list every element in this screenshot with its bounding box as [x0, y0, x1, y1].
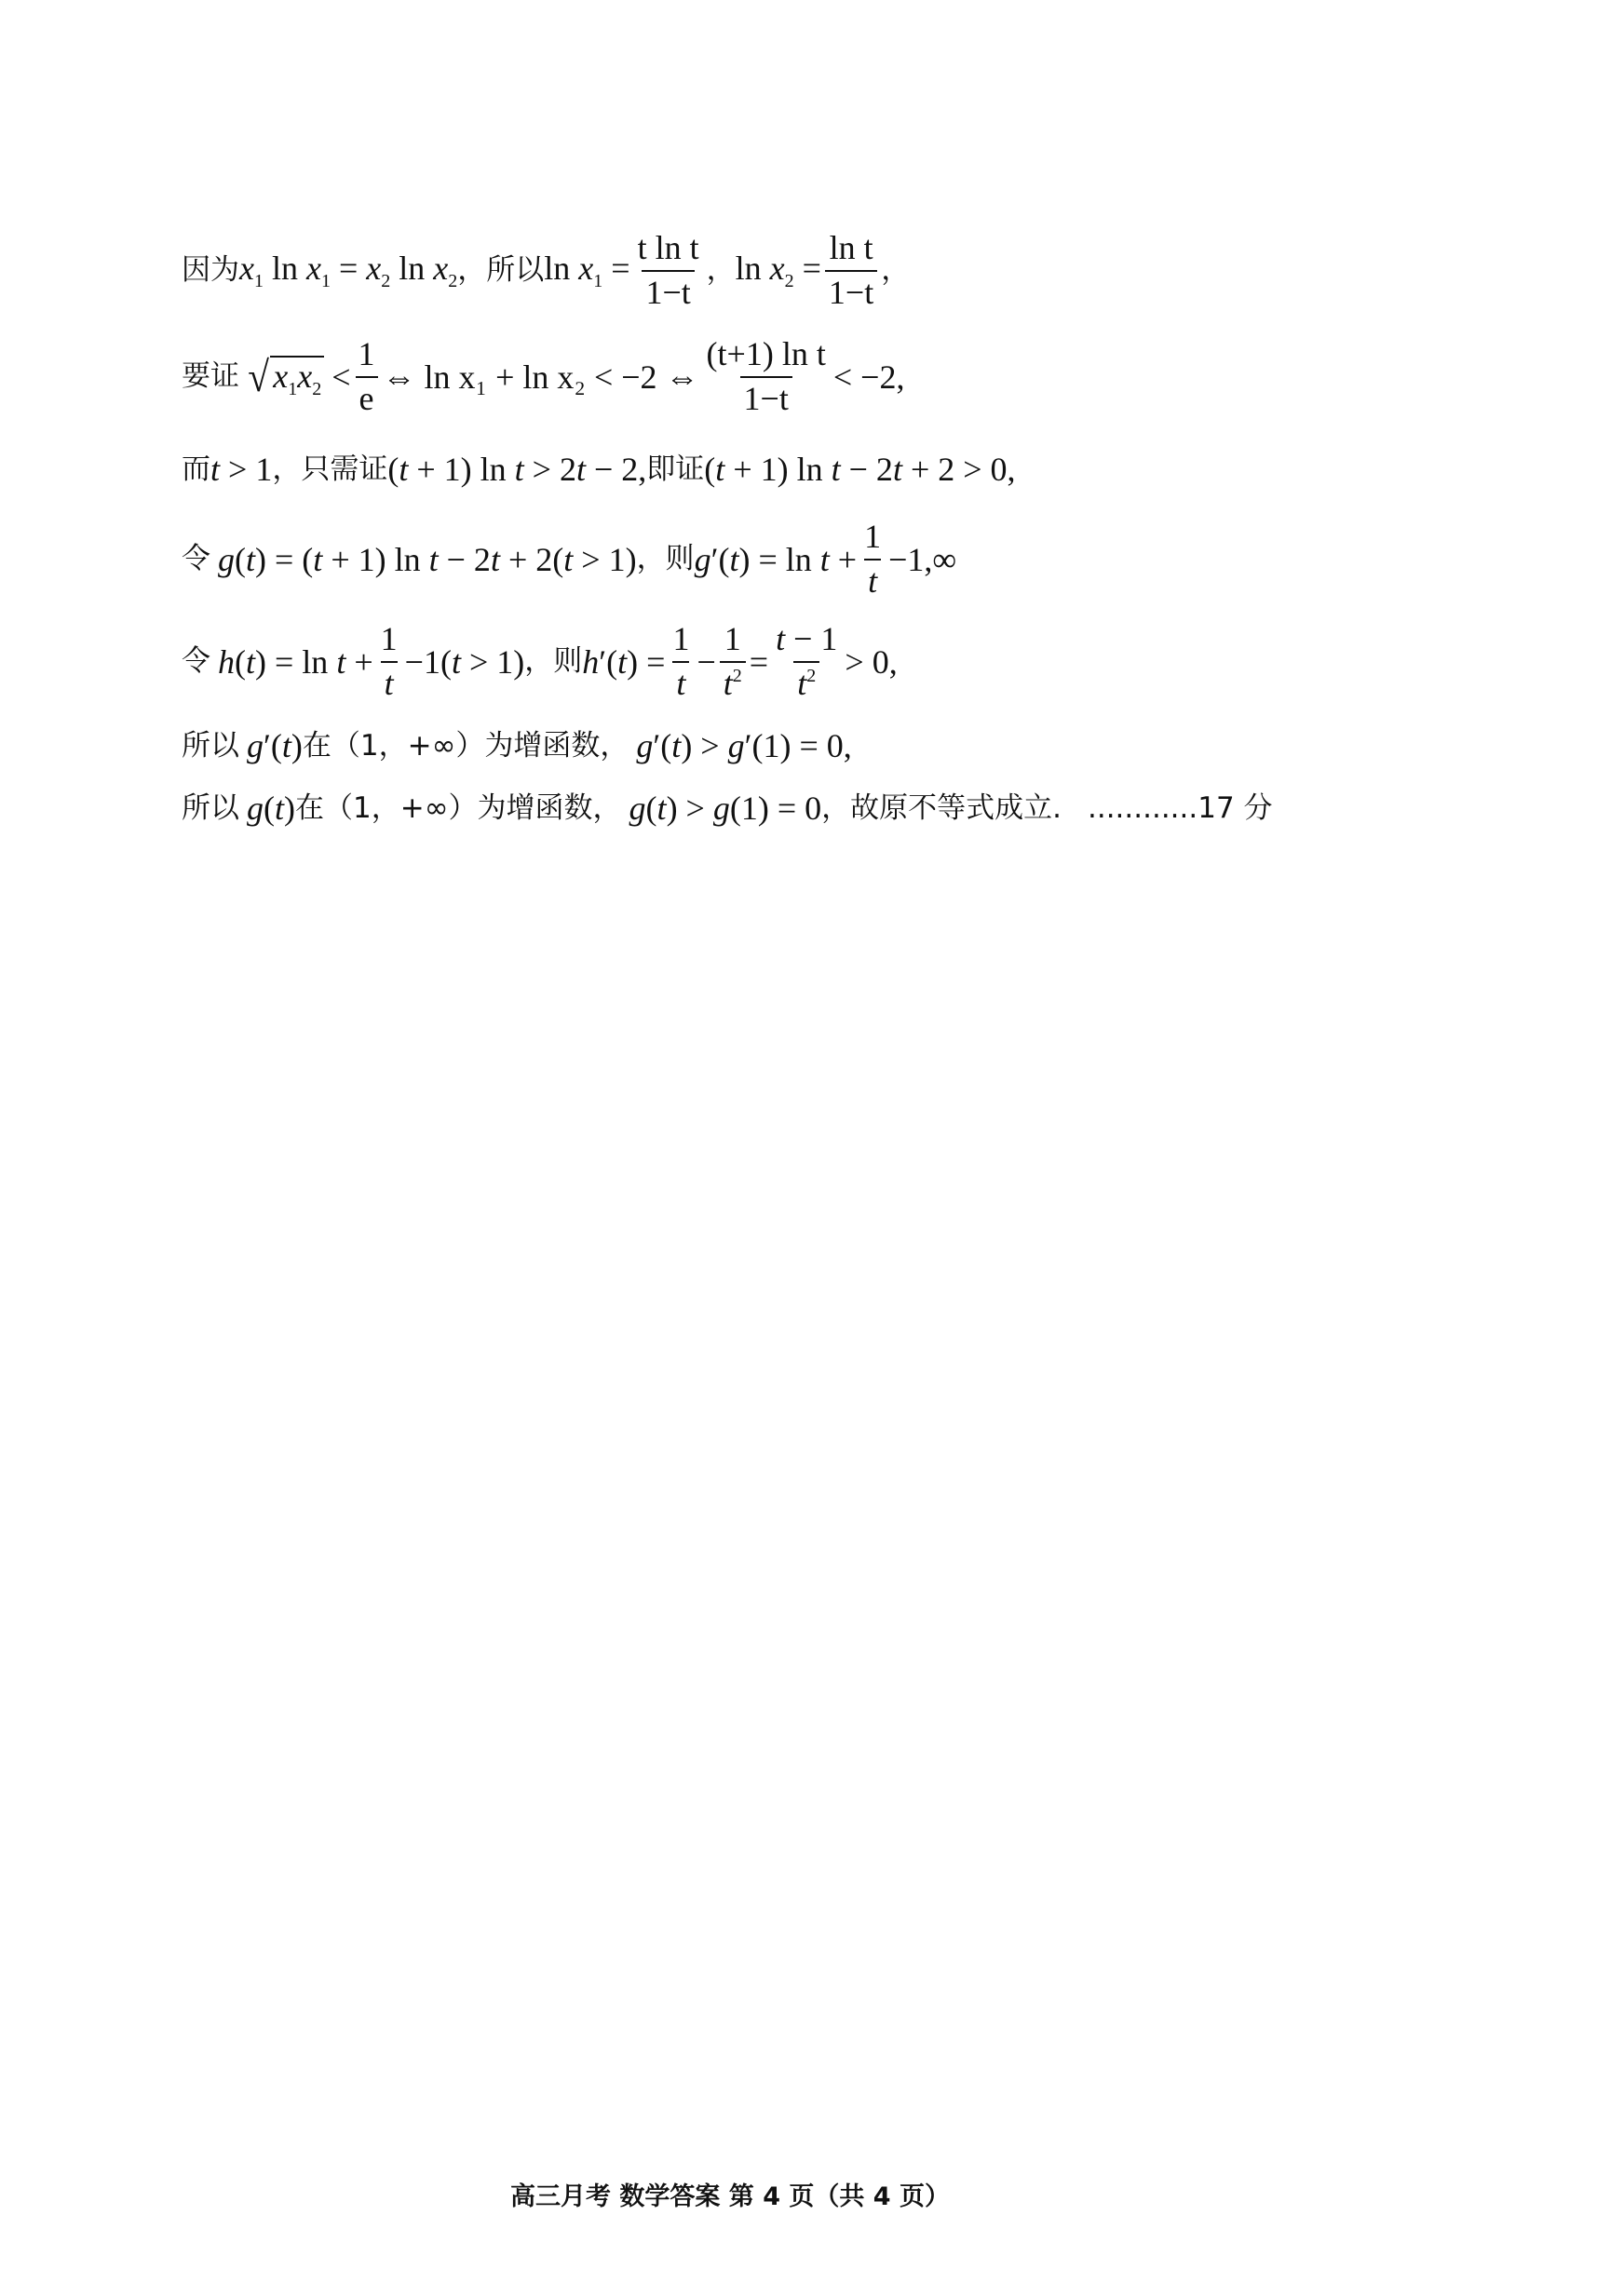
square-root: √ x1x2 — [247, 356, 324, 398]
document-page: 因为 x1 ln x1 = x2 ln x2 ，所以 ln x1 = t ln … — [0, 0, 1610, 2296]
solution-line-6: 所以 g′(t) 在（1，+∞）为增函数， g′(t) > g′(1) = 0, — [182, 729, 852, 763]
denominator: 1−t — [740, 376, 792, 417]
solution-line-3: 而 t > 1 ，只需证 (t + 1) ln t > 2t − 2, 即证 (… — [182, 452, 1016, 486]
fraction: 1 t — [669, 622, 693, 702]
text: 所以 — [182, 732, 239, 761]
math-expression: < — [331, 360, 350, 394]
radicand: x1x2 — [270, 356, 324, 398]
math-expression: −1,∞ — [888, 543, 956, 576]
math-expression: (t + 1) ln t − 2t + 2 > 0, — [704, 452, 1015, 486]
fraction: t ln t 1−t — [634, 231, 703, 311]
denominator: t — [672, 661, 689, 702]
numerator: 1 — [377, 622, 401, 661]
math-expression: t > 1 — [210, 452, 272, 486]
text: ，只需证 — [272, 455, 387, 484]
text: ，则 — [524, 647, 582, 676]
math-expression: g′(t) = ln t + — [695, 543, 858, 576]
text: 所以 — [182, 794, 239, 823]
numerator: t − 1 — [772, 622, 841, 661]
fraction: 1 t — [377, 622, 401, 702]
denominator: e — [356, 376, 378, 417]
math-expression: < −2, — [833, 360, 905, 394]
denominator: 1−t — [825, 270, 877, 311]
math-expression: − — [697, 645, 715, 679]
text: ，故原不等式成立. — [821, 794, 1062, 823]
math-expression: h(t) = ln t + — [218, 645, 373, 679]
text: 令 — [182, 647, 210, 676]
math-expression: g(t) = (t + 1) ln t − 2t + 2(t > 1) — [218, 543, 637, 576]
math-expression: h′(t) = — [582, 645, 665, 679]
math-expression: ⇔ ln x₁ + ln x₂ < −2 ⇔ — [383, 360, 699, 394]
math-expression: ln x2 = — [736, 251, 821, 290]
denominator: 1−t — [642, 270, 694, 311]
math-expression: x1 ln x1 = x2 ln x2 — [239, 251, 457, 290]
math-expression: g(t) > g(1) = 0 — [629, 791, 822, 825]
math-expression: −1(t > 1) — [405, 645, 525, 679]
math-expression: ln x1 = — [544, 251, 629, 290]
math-expression: > 0, — [845, 645, 897, 679]
numerator: 1 — [355, 337, 379, 376]
solution-line-5: 令 h(t) = ln t + 1 t −1(t > 1) ，则 h′(t) =… — [182, 622, 898, 702]
numerator: 1 — [721, 622, 745, 661]
denominator: t — [381, 661, 398, 702]
solution-line-4: 令 g(t) = (t + 1) ln t − 2t + 2(t > 1) ，则… — [182, 520, 956, 600]
score-marker: ............17 分 — [1088, 794, 1273, 823]
fraction: 1 t — [860, 520, 885, 600]
fraction: 1 t2 — [720, 622, 746, 702]
fraction: 1 e — [355, 337, 379, 417]
solution-line-7: 所以 g(t) 在（1，+∞）为增函数， g(t) > g(1) = 0 ，故原… — [182, 791, 1273, 825]
math-expression: g′(t) — [247, 729, 303, 763]
text: 在（1，+∞）为增函数， — [303, 732, 629, 761]
math-expression: g(t) — [247, 791, 295, 825]
fraction: ln t 1−t — [825, 231, 877, 311]
text: ， — [881, 256, 910, 285]
solution-line-2: 要证 √ x1x2 < 1 e ⇔ ln x₁ + ln x₂ < −2 ⇔ (… — [182, 337, 904, 417]
fraction: (t+1) ln t 1−t — [703, 337, 830, 417]
fraction: t − 1 t2 — [772, 622, 841, 702]
text: ， — [707, 256, 736, 285]
text: 在（1，+∞）为增函数， — [295, 794, 622, 823]
numerator: ln t — [826, 231, 877, 270]
text: 即证 — [646, 455, 704, 484]
numerator: 1 — [669, 622, 693, 661]
math-expression: = — [750, 645, 768, 679]
text: 要证 — [182, 362, 239, 391]
text: 令 — [182, 545, 210, 574]
numerator: (t+1) ln t — [703, 337, 830, 376]
denominator: t2 — [720, 661, 746, 702]
denominator: t — [864, 559, 881, 600]
solution-line-1: 因为 x1 ln x1 = x2 ln x2 ，所以 ln x1 = t ln … — [182, 231, 910, 311]
numerator: t ln t — [634, 231, 703, 270]
text: 因为 — [182, 256, 239, 285]
radical-icon: √ — [248, 356, 269, 398]
text: 而 — [182, 455, 210, 484]
text: ，则 — [637, 545, 695, 574]
numerator: 1 — [860, 520, 885, 559]
math-expression: (t + 1) ln t > 2t − 2, — [387, 452, 646, 486]
math-expression: g′(t) > g′(1) = 0, — [636, 729, 851, 763]
text: ，所以 — [457, 256, 544, 285]
denominator: t2 — [793, 661, 819, 702]
page-footer: 高三月考 数学答案 第 4 页（共 4 页） — [510, 2176, 950, 2212]
